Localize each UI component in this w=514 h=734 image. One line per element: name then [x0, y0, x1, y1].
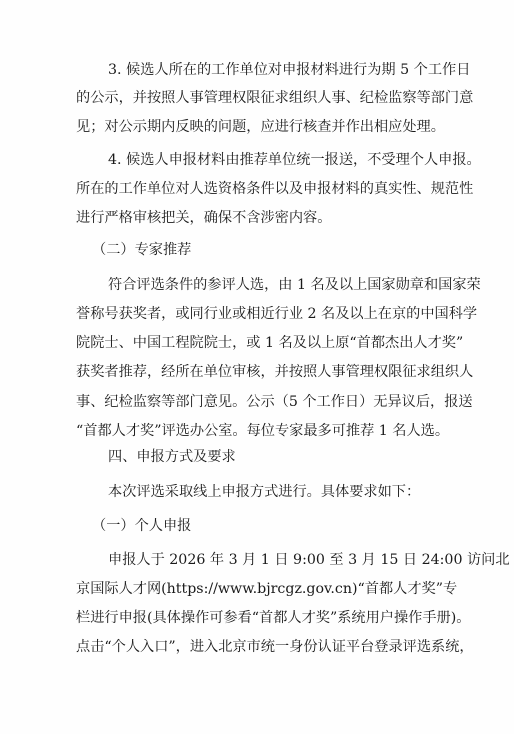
- subheading-personal-application: （一）个人申报: [92, 516, 441, 536]
- subheading-expert-recommendation: （二）专家推荐: [92, 240, 441, 260]
- text-line: 誉称号获奖者，或同行业或相近行业 2 名及以上在京的中国科学: [76, 304, 441, 324]
- text-line: 见；对公示期内反映的问题，应进行核查并作出相应处理。: [76, 117, 441, 137]
- text-line: 进行严格审核把关，确保不含涉密内容。: [76, 208, 441, 228]
- text-line: 栏进行申报(具体操作可参看“首都人才奖”系统用户操作手册)。: [76, 608, 441, 628]
- paragraph-intro: 本次评选采取线上申报方式进行。具体要求如下：: [108, 482, 441, 502]
- text-line: 事、纪检监察等部门意见。公示（5 个工作日）无异议后，报送: [76, 392, 441, 412]
- text-line: 申报人于 2026 年 3 月 1 日 9:00 至 3 月 15 日 24:0…: [108, 550, 441, 570]
- text-line: 3. 候选人所在的工作单位对申报材料进行为期 5 个工作日: [108, 60, 441, 80]
- text-line: 所在的工作单位对人选资格条件以及申报材料的真实性、规范性: [76, 179, 441, 199]
- text-line: “首都人才奖”评选办公室。每位专家最多可推荐 1 名人选。: [76, 421, 441, 441]
- text-line-with-link: 京国际人才网(https://www.bjrcgz.gov.cn)“首都人才奖”…: [76, 579, 441, 599]
- text-line: 院院士、中国工程院院士，或 1 名及以上原“首都杰出人才奖”: [76, 333, 441, 353]
- text-line: 的公示，并按照人事管理权限征求组织人事、纪检监察等部门意: [76, 88, 441, 108]
- text-line: 4. 候选人申报材料由推荐单位统一报送，不受理个人申报。: [108, 150, 441, 170]
- text-line: 符合评选条件的参评人选，由 1 名及以上国家勋章和国家荣: [108, 275, 441, 295]
- text-line: 点击“个人入口”，进入北京市统一身份认证平台登录评选系统，: [76, 637, 441, 657]
- section-heading-4: 四、申报方式及要求: [108, 447, 441, 467]
- text-line: 获奖者推荐，经所在单位审核，并按照人事管理权限征求组织人: [76, 362, 441, 382]
